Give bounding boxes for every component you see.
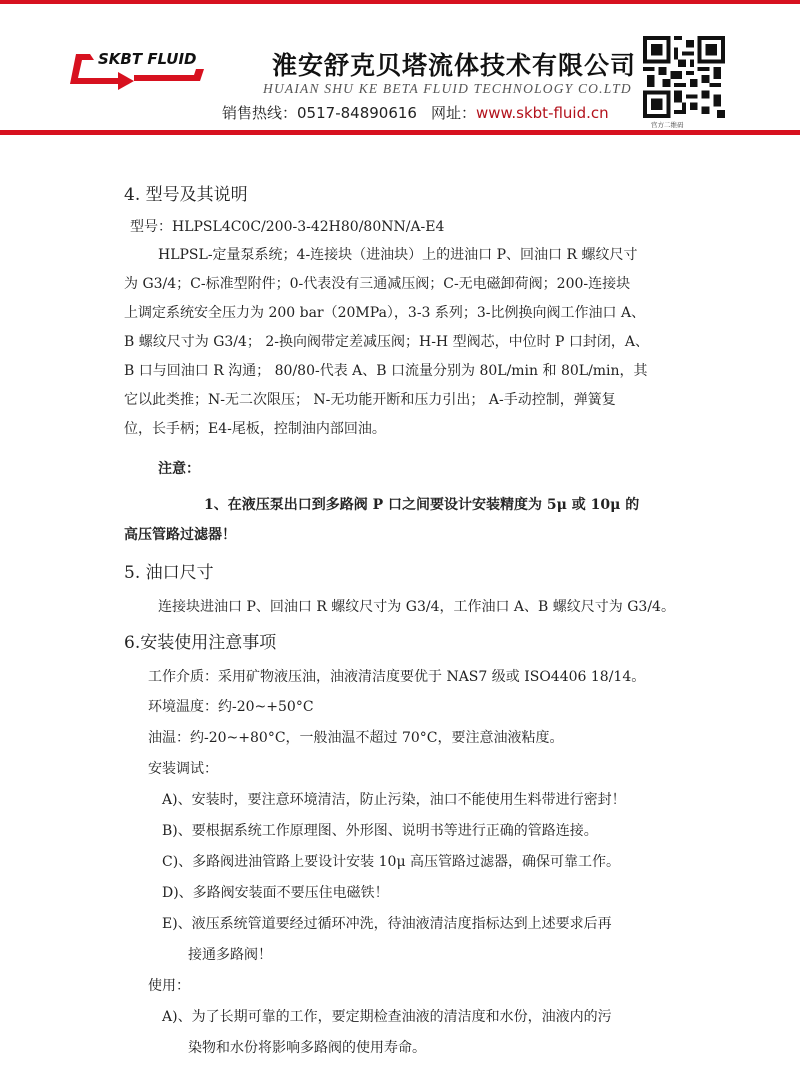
- install-item: B)、要根据系统工作原理图、外形图、说明书等进行正确的管路连接。: [162, 820, 598, 840]
- company-name-cn: 淮安舒克贝塔流体技术有限公司: [272, 46, 636, 82]
- use-label: 使用：: [148, 975, 190, 995]
- install-item: C)、多路阀进油管路上要设计安装 10μ 高压管路过滤器，确保可靠工作。: [162, 851, 620, 871]
- section-6-title: 6.安装使用注意事项: [124, 628, 276, 653]
- company-name-en: HUAIAN SHU KE BETA FLUID TECHNOLOGY CO.L…: [263, 81, 632, 97]
- install-item: D)、多路阀安装面不要压住电磁铁！: [162, 882, 389, 902]
- use-item-continued: 染物和水份将影响多路阀的使用寿命。: [188, 1037, 426, 1057]
- section-5-title: 5. 油口尺寸: [124, 558, 214, 583]
- install-item: E)、液压系统管道要经过循环冲洗，待油液清洁度指标达到上述要求后再: [162, 913, 612, 933]
- description-line: B 螺纹尺寸为 G3/4； 2-换向阀带定差减压阀；H-H 型阀芯，中位时 P …: [124, 331, 649, 351]
- ambient-temperature-text: 环境温度：约-20~+50°C: [148, 696, 314, 716]
- install-item-continued: 接通多路阀！: [188, 944, 272, 964]
- note-line: 高压管路过滤器！: [124, 524, 236, 544]
- working-medium-text: 工作介质：采用矿物液压油，油液清洁度要优于 NAS7 级或 ISO4406 18…: [148, 666, 645, 686]
- qr-code-icon: [642, 36, 726, 118]
- port-size-text: 连接块进油口 P、回油口 R 螺纹尺寸为 G3/4，工作油口 A、B 螺纹尺寸为…: [158, 596, 675, 616]
- hotline-label: 销售热线：: [222, 104, 297, 122]
- description-line: 为 G3/4；C-标准型附件；0-代表没有三通减压阀；C-无电磁卸荷阀；200-…: [124, 273, 630, 293]
- skbt-logo: SKBT FLUID: [68, 50, 213, 96]
- install-item: A)、安装时，要注意环境清洁，防止污染，油口不能使用生料带进行密封！: [162, 789, 626, 809]
- description-line: 位，长手柄；E4-尾板，控制油内部回油。: [124, 418, 386, 438]
- model-number-line: 型号：HLPSL4C0C/200-3-42H80/80NN/A-E4: [130, 216, 444, 236]
- contact-line: 销售热线：0517-84890616网址：www.skbt-fluid.cn: [222, 102, 609, 123]
- description-line: 上调定系统安全压力为 200 bar（20MPa），3-3 系列；3-比例换向阀…: [124, 302, 645, 322]
- description-line: HLPSL-定量泵系统；4-连接块（进油块）上的进油口 P、回油口 R 螺纹尺寸: [158, 244, 638, 264]
- note-label: 注意：: [158, 458, 200, 478]
- header-bottom-accent-bar: [0, 130, 800, 135]
- use-item: A)、为了长期可靠的工作，要定期检查油液的清洁度和水份，油液内的污: [162, 1006, 612, 1026]
- website-link[interactable]: www.skbt-fluid.cn: [476, 104, 609, 122]
- website-label: 网址：: [431, 104, 476, 122]
- letterhead: SKBT FLUID 淮安舒克贝塔流体技术有限公司 HUAIAN SHU KE …: [0, 4, 800, 130]
- logo-text: SKBT FLUID: [98, 50, 197, 68]
- hotline-number: 0517-84890616: [297, 104, 417, 122]
- description-line: B 口与回油口 R 沟通； 80/80-代表 A、B 口流量分别为 80L/mi…: [124, 360, 648, 380]
- install-label: 安装调试：: [148, 758, 218, 778]
- qr-caption: 官方二维码: [651, 120, 684, 129]
- oil-temperature-text: 油温：约-20~+80°C，一般油温不超过 70°C，要注意油液粘度。: [148, 727, 564, 747]
- note-line: 1、在液压泵出口到多路阀 P 口之间要设计安装精度为 5μ 或 10μ 的: [204, 494, 639, 514]
- section-4-title: 4. 型号及其说明: [124, 180, 248, 205]
- description-line: 它以此类推；N-无二次限压； N-无功能开断和压力引出； A-手动控制，弹簧复: [124, 389, 616, 409]
